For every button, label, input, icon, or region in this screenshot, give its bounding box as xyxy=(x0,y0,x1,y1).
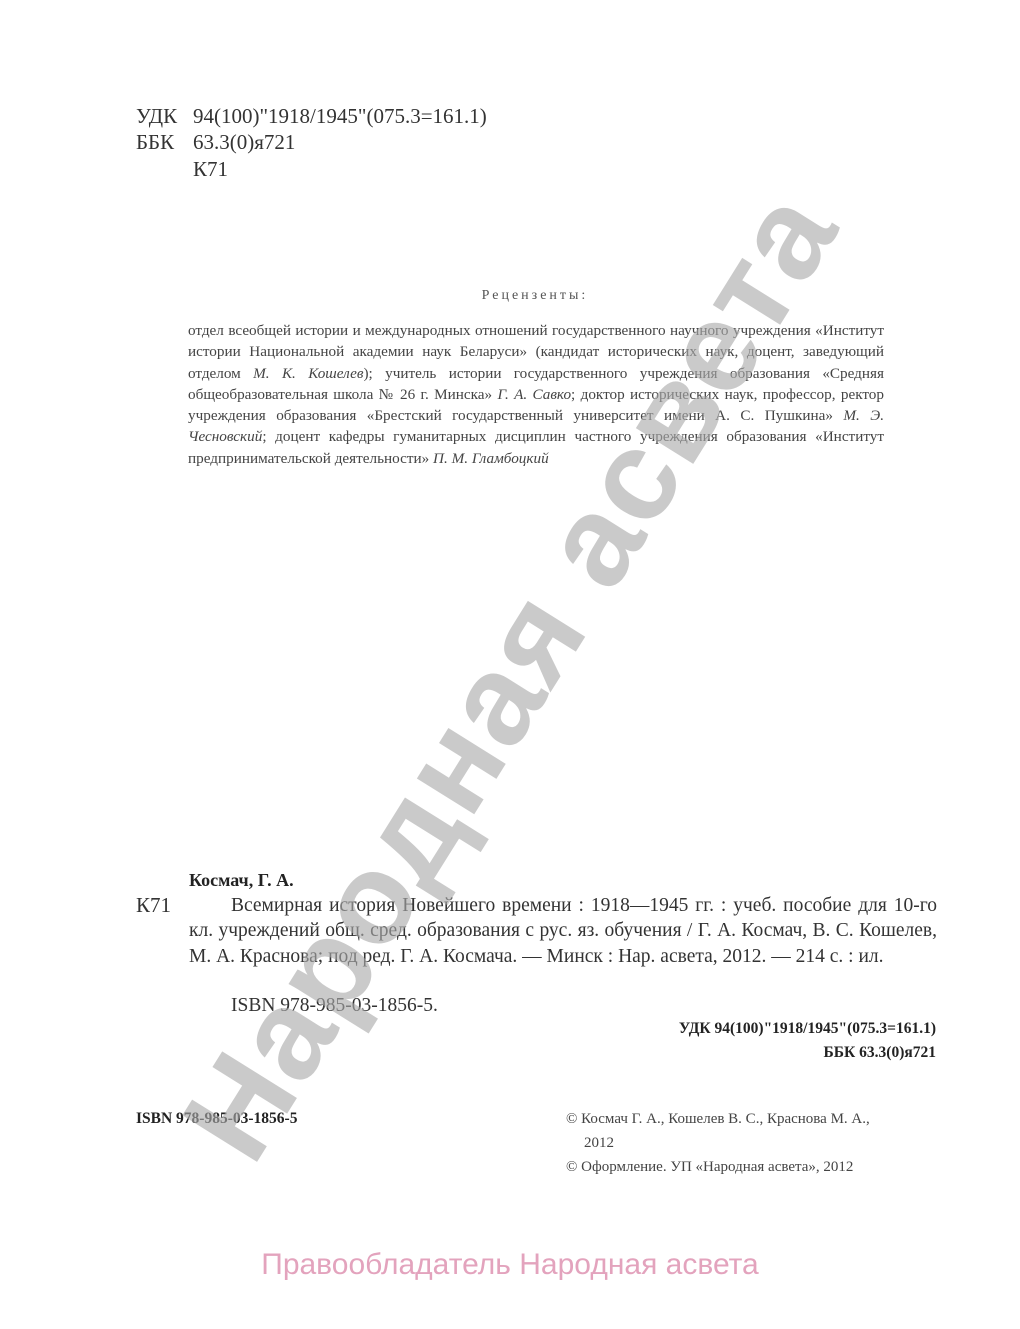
card-author-mark: К71 xyxy=(136,893,171,918)
copyright-authors-year: 2012 xyxy=(584,1132,614,1155)
copyright-design: © Оформление. УП «Народная асвета», 2012 xyxy=(566,1156,853,1179)
udk-value: 94(100)"1918/1945"(075.3=161.1) xyxy=(193,104,487,128)
reviewers-text: отдел всеобщей истории и международных о… xyxy=(188,320,884,469)
reviewer-name: М. К. Кошелев xyxy=(253,365,363,382)
rights-holder-footer: Правообладатель Народная асвета xyxy=(0,1248,1020,1282)
author-mark-top: К71 xyxy=(193,157,228,181)
card-bbk: ББК 63.3(0)я721 xyxy=(824,1044,936,1062)
bbk-classification-top: ББК63.3(0)я721 xyxy=(136,130,295,154)
card-description: Всемирная история Новейшего времени : 19… xyxy=(189,893,937,969)
reviewer-name: П. М. Гламбоцкий xyxy=(433,450,549,467)
bbk-label: ББК xyxy=(136,130,193,154)
bottom-isbn: ISBN 978-985-03-1856-5 xyxy=(136,1110,297,1128)
card-author: Космач, Г. А. xyxy=(189,870,294,891)
reviewers-heading: Рецензенты: xyxy=(188,288,882,304)
bbk-value: 63.3(0)я721 xyxy=(193,130,295,154)
card-isbn: ISBN 978-985-03-1856-5. xyxy=(231,995,438,1017)
copyright-authors: © Космач Г. А., Кошелев В. С., Краснова … xyxy=(566,1108,870,1131)
udk-classification-top: УДК94(100)"1918/1945"(075.3=161.1) xyxy=(136,104,487,128)
card-description-text: Всемирная история Новейшего времени : 19… xyxy=(189,895,937,967)
reviewer-name: Г. А. Савко xyxy=(497,386,571,403)
udk-label: УДК xyxy=(136,104,193,128)
card-udk: УДК 94(100)"1918/1945"(075.3=161.1) xyxy=(679,1020,936,1038)
